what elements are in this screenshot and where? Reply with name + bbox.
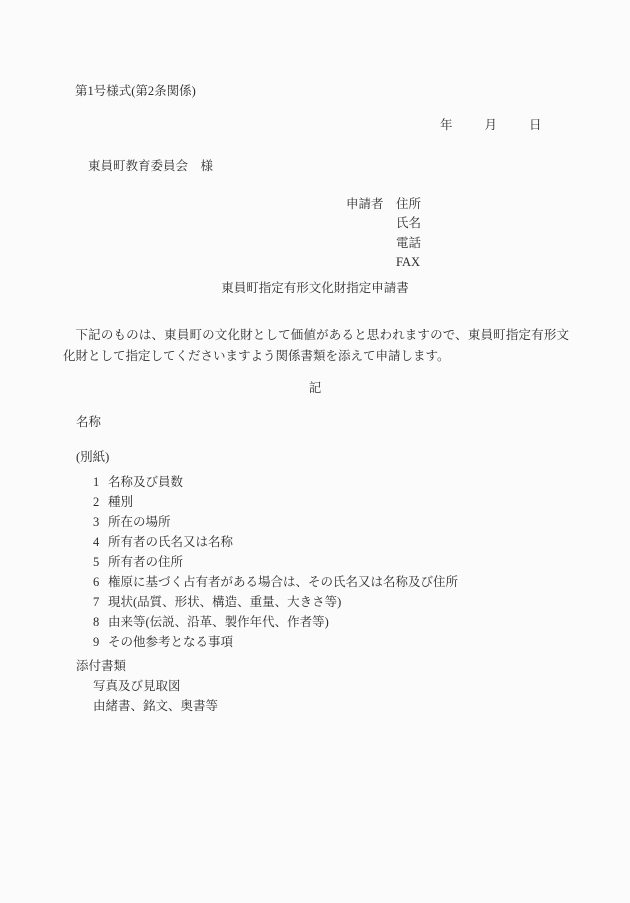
item-list: 1名称及び員数 2種別 3所在の場所 4所有者の氏名又は名称 5所有者の住所 6… xyxy=(93,472,458,652)
list-item: 3所在の場所 xyxy=(93,512,458,532)
applicant-field-address: 住所 xyxy=(396,197,421,211)
date-day-label: 日 xyxy=(529,118,542,132)
item-text: 所有者の氏名又は名称 xyxy=(108,535,233,549)
document-page: 第1号様式(第2条関係) 年 月 日 東員町教育委員会 様 申請者 住所 氏名 … xyxy=(0,0,630,903)
list-item: 9その他参考となる事項 xyxy=(93,632,458,652)
attached-documents-label: 添付書類 xyxy=(76,659,126,673)
item-text: 種別 xyxy=(108,495,133,509)
item-text: 権原に基づく占有者がある場合は、その氏名又は名称及び住所 xyxy=(108,575,458,589)
date-line: 年 月 日 xyxy=(440,118,542,132)
item-text: 所在の場所 xyxy=(108,515,171,529)
item-text: 名称及び員数 xyxy=(108,475,183,489)
name-label: 名称 xyxy=(76,415,101,429)
item-number: 1 xyxy=(93,472,108,492)
applicant-label: 申請者 xyxy=(346,197,384,211)
form-number: 第1号様式(第2条関係) xyxy=(75,84,196,98)
document-title: 東員町指定有形文化財指定申請書 xyxy=(0,281,630,295)
item-number: 5 xyxy=(93,552,108,572)
list-item: 1名称及び員数 xyxy=(93,472,458,492)
item-number: 8 xyxy=(93,612,108,632)
item-number: 6 xyxy=(93,572,108,592)
list-item: 6権原に基づく占有者がある場合は、その氏名又は名称及び住所 xyxy=(93,572,458,592)
list-item: 4所有者の氏名又は名称 xyxy=(93,532,458,552)
item-number: 9 xyxy=(93,632,108,652)
body-paragraph: 下記のものは、東員町の文化財として価値があると思われますので、東員町指定有形文化… xyxy=(63,325,569,367)
item-text: その他参考となる事項 xyxy=(108,635,233,649)
item-number: 3 xyxy=(93,512,108,532)
date-month-label: 月 xyxy=(485,118,498,132)
applicant-field-name: 氏名 xyxy=(396,216,421,230)
item-text: 所有者の住所 xyxy=(108,555,183,569)
date-year-label: 年 xyxy=(440,118,453,132)
item-number: 7 xyxy=(93,592,108,612)
attached-document-item: 写真及び見取図 xyxy=(93,679,181,693)
list-item: 8由来等(伝説、沿革、製作年代、作者等) xyxy=(93,612,458,632)
list-item: 7現状(品質、形状、構造、重量、大きさ等) xyxy=(93,592,458,612)
appendix-note: (別紙) xyxy=(76,450,109,464)
addressee: 東員町教育委員会 様 xyxy=(88,159,213,173)
record-marker: 記 xyxy=(0,381,630,395)
list-item: 5所有者の住所 xyxy=(93,552,458,572)
item-number: 2 xyxy=(93,492,108,512)
applicant-field-fax: FAX xyxy=(396,255,420,269)
item-text: 現状(品質、形状、構造、重量、大きさ等) xyxy=(108,595,341,609)
item-text: 由来等(伝説、沿革、製作年代、作者等) xyxy=(108,615,329,629)
applicant-field-phone: 電話 xyxy=(396,236,421,250)
list-item: 2種別 xyxy=(93,492,458,512)
attached-document-item: 由緒書、銘文、奥書等 xyxy=(93,699,218,713)
item-number: 4 xyxy=(93,532,108,552)
